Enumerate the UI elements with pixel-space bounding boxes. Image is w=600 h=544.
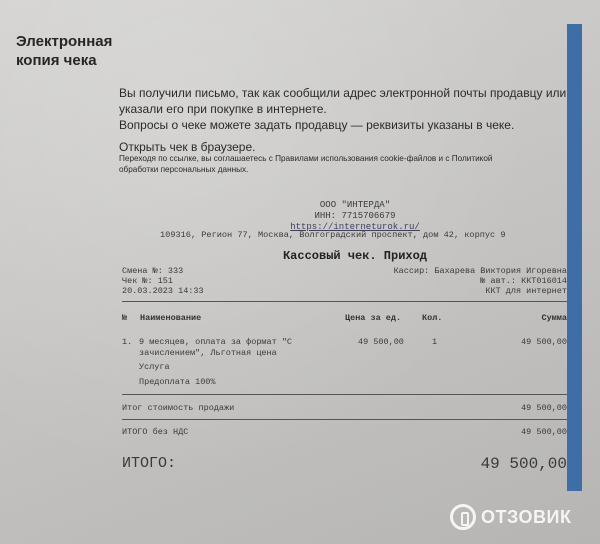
seller-address: 109316, Регион 77, Москва, Волгоградский… (160, 230, 506, 240)
divider (122, 301, 567, 302)
no-vat-total-row: ИТОГО без НДС 49 500,00 (122, 427, 567, 437)
cookie-notice-line-2: обработки персональных данных. (119, 164, 549, 175)
seller-inn: ИНН: 7715706679 (150, 211, 560, 222)
title-line-1: Электронная (16, 32, 112, 51)
no-vat-total-label: ИТОГО без НДС (122, 427, 188, 437)
cashier-name: Кассир: Бахарева Виктория Игоревна (394, 266, 567, 276)
sale-total-value: 49 500,00 (521, 403, 567, 413)
no-vat-total-value: 49 500,00 (521, 427, 567, 437)
watermark-text: ОТЗОВИК (481, 507, 571, 528)
column-header-num: № (122, 313, 127, 323)
row-payment: Предоплата 100% (139, 377, 216, 388)
grand-total-label: ИТОГО: (122, 455, 176, 472)
row-name-line-2: зачислением", Льготная цена (139, 348, 292, 359)
grand-total-row: ИТОГО: 49 500,00 (122, 455, 567, 472)
row-sum: 49 500,00 (521, 337, 567, 348)
intro-text: Вы получили письмо, так как сообщили адр… (119, 85, 569, 133)
cookie-notice-line-1: Переходя по ссылке, вы соглашаетесь с Пр… (119, 153, 549, 164)
column-header-qty: Кол. (422, 313, 442, 323)
seller-name: ООО "ИНТЕРДА" (150, 200, 560, 211)
row-num: 1. (122, 337, 132, 348)
row-qty: 1 (432, 337, 437, 348)
divider (122, 394, 567, 395)
sale-total-row: Итог стоимость продажи 49 500,00 (122, 403, 567, 413)
intro-line-3: Вопросы о чеке можете задать продавцу — … (119, 117, 569, 133)
receipt-meta-right: Кассир: Бахарева Виктория Игоревна № авт… (394, 266, 567, 296)
accent-stripe (567, 24, 582, 491)
intro-line-1: Вы получили письмо, так как сообщили адр… (119, 85, 569, 101)
page-title: Электронная копия чека (16, 32, 112, 70)
seller-info: ООО "ИНТЕРДА" ИНН: 7715706679 https://in… (150, 200, 560, 233)
watermark: ОТЗОВИК (450, 504, 571, 530)
row-name-line-1: 9 месяцев, оплата за формат "С (139, 337, 292, 348)
kkt-type: ККТ для интернет (394, 286, 567, 296)
row-price: 49 500,00 (358, 337, 404, 348)
open-in-browser-link[interactable]: Открыть чек в браузере. (119, 140, 256, 154)
kkt-auto-number: № авт.: ККТ016014 (394, 276, 567, 286)
intro-line-2: указали его при покупке в интернете. (119, 101, 569, 117)
row-type: Услуга (139, 362, 170, 373)
receipt-meta-left: Смена №: 333 Чек №: 151 20.03.2023 14:33 (122, 266, 204, 296)
receipt-title: Кассовый чек. Приход (150, 249, 560, 263)
check-number: Чек №: 151 (122, 276, 204, 286)
receipt-datetime: 20.03.2023 14:33 (122, 286, 204, 296)
cookie-notice: Переходя по ссылке, вы соглашаетесь с Пр… (119, 153, 549, 175)
title-line-2: копия чека (16, 51, 112, 70)
column-header-sum: Сумма (541, 313, 567, 323)
grand-total-value: 49 500,00 (481, 455, 567, 473)
sale-total-label: Итог стоимость продажи (122, 403, 234, 413)
column-header-name: Наименование (140, 313, 201, 323)
column-header-price: Цена за ед. (345, 313, 401, 323)
row-name: 9 месяцев, оплата за формат "С зачислени… (139, 337, 292, 359)
divider (122, 419, 567, 420)
shift-number: Смена №: 333 (122, 266, 204, 276)
otzovik-logo-icon (450, 504, 476, 530)
